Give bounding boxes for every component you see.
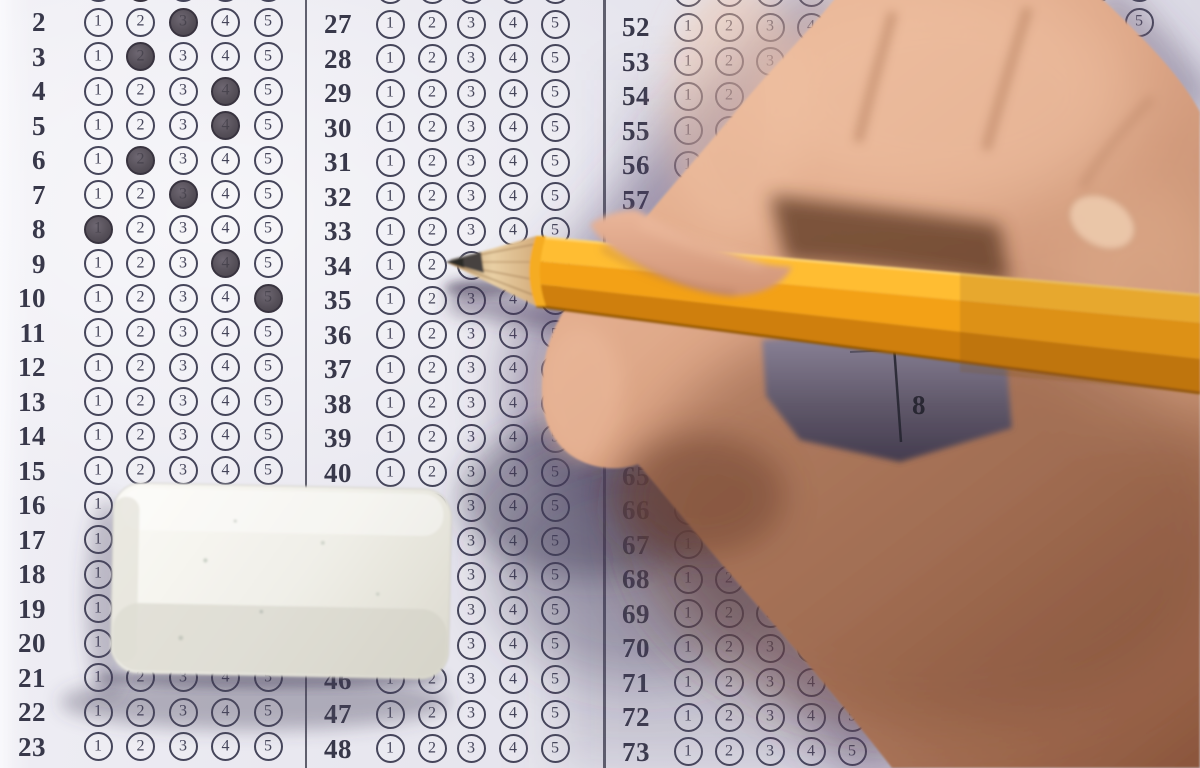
- bubble-digit: 3: [766, 639, 774, 657]
- bubble-digit: 2: [428, 670, 436, 688]
- question-number: 27: [288, 7, 352, 41]
- answer-bubble-option-5: 5: [838, 220, 867, 249]
- answer-bubble-option-5: 5: [838, 392, 867, 421]
- bubble-digit: 5: [264, 220, 272, 238]
- answer-bubble-option-2: 2: [715, 668, 744, 697]
- answer-bubble-option-2: 2: [126, 422, 155, 451]
- answer-bubble-option-5: 5: [838, 185, 867, 214]
- answer-bubble-option-4: 4: [797, 703, 826, 732]
- bubble-digit: 3: [467, 463, 475, 481]
- answer-bubble-option-2: 2: [418, 148, 447, 177]
- bubble-digit: 3: [179, 47, 187, 65]
- question-number: 70: [586, 631, 650, 665]
- bubble-digit: 5: [848, 604, 856, 622]
- bubble-digit: 5: [551, 429, 559, 447]
- answer-bubble-option-2: 2: [418, 389, 447, 418]
- answer-bubble-option-3: 3: [169, 215, 198, 244]
- answer-bubble-option-2: 2: [715, 461, 744, 490]
- bubble-digit: 3: [467, 670, 475, 688]
- bubble-digit: 5: [264, 392, 272, 410]
- question-number: 54: [586, 79, 650, 113]
- bubble-digit: 3: [467, 256, 475, 274]
- bubble-digit: 1: [94, 116, 102, 134]
- bubble-digit: 1: [94, 13, 102, 31]
- answer-bubble-option-5: 5: [254, 353, 283, 382]
- bubble-digit: 4: [222, 289, 230, 307]
- question-number: 56: [586, 148, 650, 182]
- bubble-digit: 3: [766, 604, 774, 622]
- answer-bubble-option-3: 3: [756, 703, 785, 732]
- answer-bubble-option-2: 2: [715, 392, 744, 421]
- bubble-digit: 2: [725, 604, 733, 622]
- answer-bubble-option-2: 2: [715, 185, 744, 214]
- answer-bubble-option-5: 5: [838, 737, 867, 766]
- answer-bubble-option-1: 1: [84, 111, 113, 140]
- answer-bubble-option-4: 4: [211, 387, 240, 416]
- bubble-digit: 1: [386, 187, 394, 205]
- bubble-digit: 1: [386, 325, 394, 343]
- answer-bubble-option-3: 3: [756, 461, 785, 490]
- question-number: 66: [586, 493, 650, 527]
- answer-bubble-option-1: 1: [674, 323, 703, 352]
- bubble-digit: 2: [137, 392, 145, 410]
- answer-bubble-option-5: 5: [254, 663, 283, 692]
- question-number: 68: [586, 562, 650, 596]
- bubble-digit: 1: [684, 121, 692, 139]
- answer-bubble-option-5: 5: [254, 8, 283, 37]
- bubble-digit: 2: [428, 291, 436, 309]
- bubble-digit: 3: [766, 225, 774, 243]
- bubble-digit: 5: [264, 82, 272, 100]
- answer-bubble-option-3: 3: [457, 734, 486, 763]
- bubble-digit: 4: [509, 636, 517, 654]
- bubble-digit: 4: [807, 18, 815, 36]
- bubble-digit: 1: [386, 532, 394, 550]
- question-number: 57: [586, 183, 650, 217]
- question-number: 13: [0, 385, 46, 419]
- bubble-digit: 1: [94, 185, 102, 203]
- bubble-digit: 4: [222, 47, 230, 65]
- bubble-digit: 2: [725, 259, 733, 277]
- bubble-digit: 4: [509, 291, 517, 309]
- bubble-digit: 2: [137, 461, 145, 479]
- answer-bubble-option-3: 3: [756, 565, 785, 594]
- answer-bubble-option-2: 2: [715, 737, 744, 766]
- bubble-digit: 2: [428, 463, 436, 481]
- bubble-digit: 5: [264, 496, 272, 514]
- bubble-digit: 1: [94, 565, 102, 583]
- answer-bubble-option-1: 1: [84, 215, 113, 244]
- answer-bubble-option-2: 2: [715, 496, 744, 525]
- bubble-digit: 4: [222, 530, 230, 548]
- bubble-digit: 4: [222, 220, 230, 238]
- answer-bubble-option-4: 4: [797, 254, 826, 283]
- bubble-digit: 5: [848, 52, 856, 70]
- bubble-digit: 3: [467, 153, 475, 171]
- bubble-digit: 2: [725, 0, 733, 1]
- bubble-digit: 1: [684, 535, 692, 553]
- bubble-digit: 5: [264, 565, 272, 583]
- answer-bubble-option-3: 3: [169, 491, 198, 520]
- answer-bubble-option-1: 1: [84, 456, 113, 485]
- bubble-digit: 4: [807, 0, 815, 1]
- bubble-digit: 5: [264, 254, 272, 272]
- answer-bubble-option-4: 4: [797, 668, 826, 697]
- bubble-digit: 3: [467, 84, 475, 102]
- answer-bubble-option-2: 2: [418, 458, 447, 487]
- answer-bubble-option-5: 5: [541, 631, 570, 660]
- bubble-digit: 2: [428, 222, 436, 240]
- answer-bubble-option-1: 1: [84, 422, 113, 451]
- answer-bubble-option-2: 2: [418, 631, 447, 660]
- answer-bubble-option-2: 2: [126, 629, 155, 658]
- question-number: 46: [288, 663, 352, 697]
- bubble-digit: 5: [551, 636, 559, 654]
- answer-bubble-option-5: 5: [254, 698, 283, 727]
- bubble-digit: 1: [684, 639, 692, 657]
- bubble-digit: 2: [725, 363, 733, 381]
- answer-bubble-option-2: 2: [715, 565, 744, 594]
- bubble-digit: 1: [386, 636, 394, 654]
- answer-bubble-option-4: 4: [797, 599, 826, 628]
- bubble-digit: 4: [807, 259, 815, 277]
- bubble-digit: 5: [264, 599, 272, 617]
- bubble-digit: 3: [179, 461, 187, 479]
- answer-bubble-option-2: 2: [418, 79, 447, 108]
- answer-bubble-option-2: 2: [418, 217, 447, 246]
- answer-bubble-option-4: 4: [211, 629, 240, 658]
- bubble-digit: 1: [94, 461, 102, 479]
- answer-bubble-option-3: 3: [169, 42, 198, 71]
- bubble-digit: 5: [848, 432, 856, 450]
- bubble-digit: 5: [264, 358, 272, 376]
- question-number: 45: [288, 628, 352, 662]
- bubble-digit: 5: [264, 323, 272, 341]
- bubble-digit: 1: [684, 501, 692, 519]
- answer-bubble-option-5: 5: [838, 289, 867, 318]
- answer-bubble-option-5: 5: [541, 113, 570, 142]
- answer-bubble-option-1: 1: [84, 491, 113, 520]
- answer-bubble-option-2: 2: [418, 10, 447, 39]
- photo-answer-sheet: 1234521234531234541234551234561234571234…: [0, 0, 1200, 768]
- answer-bubble-option-4: 4: [499, 286, 528, 315]
- question-number: 8: [0, 212, 46, 246]
- answer-bubble-option-2: 2: [418, 113, 447, 142]
- answer-bubble-option-5: 5: [254, 284, 283, 313]
- answer-bubble-option-5: 5: [541, 527, 570, 556]
- answer-bubble-option-3: 3: [169, 146, 198, 175]
- answer-bubble-option-1: 1: [376, 493, 405, 522]
- bubble-digit: 1: [386, 463, 394, 481]
- answer-bubble-option-2: 2: [715, 599, 744, 628]
- bubble-digit: 5: [551, 601, 559, 619]
- bubble-digit: 1: [386, 222, 394, 240]
- bubble-digit: 5: [551, 463, 559, 481]
- answer-bubble-option-4: 4: [499, 355, 528, 384]
- bubble-digit: 4: [222, 185, 230, 203]
- bubble-digit: 4: [807, 535, 815, 553]
- bubble-digit: 1: [386, 256, 394, 274]
- bubble-digit: 2: [725, 639, 733, 657]
- bubble-digit: 5: [848, 639, 856, 657]
- bubble-digit: 3: [467, 394, 475, 412]
- answer-bubble-option-1: 1: [674, 185, 703, 214]
- bubble-digit: 5: [848, 18, 856, 36]
- answer-bubble-option-2: 2: [715, 116, 744, 145]
- bubble-digit: 4: [509, 498, 517, 516]
- bubble-digit: 4: [509, 84, 517, 102]
- bubble-digit: 3: [467, 705, 475, 723]
- answer-bubble-option-2: 2: [715, 323, 744, 352]
- bubble-digit: 1: [386, 15, 394, 33]
- answer-bubble-option-4: 4: [211, 698, 240, 727]
- bubble-digit: 4: [222, 427, 230, 445]
- bubble-digit: 1: [94, 358, 102, 376]
- bubble-digit: 1: [684, 363, 692, 381]
- answer-bubble-option-2: 2: [418, 424, 447, 453]
- answer-bubble-option-5: 5: [254, 732, 283, 761]
- question-number: 71: [586, 666, 650, 700]
- answer-bubble-option-2: 2: [126, 353, 155, 382]
- bubble-digit: 1: [386, 360, 394, 378]
- answer-bubble-option-4: 4: [211, 180, 240, 209]
- answer-bubble-option-2: 2: [126, 249, 155, 278]
- bubble-digit: 1: [684, 294, 692, 312]
- answer-bubble-option-5: 5: [254, 525, 283, 554]
- answer-bubble-option-3: 3: [756, 358, 785, 387]
- bubble-digit: 5: [848, 742, 856, 760]
- answer-bubble-option-1: 1: [84, 146, 113, 175]
- answer-bubble-option-3: 3: [169, 77, 198, 106]
- answer-bubble-option-3: 3: [169, 180, 198, 209]
- answer-bubble-option-2: 2: [126, 387, 155, 416]
- answer-bubble-option-3: 3: [756, 151, 785, 180]
- bubble-digit: 3: [766, 501, 774, 519]
- question-number: 73: [586, 735, 650, 768]
- answer-bubble-option-3: 3: [169, 456, 198, 485]
- answer-bubble-option-3: 3: [756, 185, 785, 214]
- question-number: 9: [0, 247, 46, 281]
- answer-bubble-option-5: 5: [541, 700, 570, 729]
- bubble-digit: 5: [551, 49, 559, 67]
- answer-bubble-option-2: 2: [126, 284, 155, 313]
- answer-bubble-option-2: 2: [418, 320, 447, 349]
- answer-bubble-option-5: 5: [541, 596, 570, 625]
- bubble-digit: 4: [807, 190, 815, 208]
- bubble-digit: 2: [725, 432, 733, 450]
- bubble-digit: 3: [467, 49, 475, 67]
- question-number: 3: [0, 40, 46, 74]
- answer-bubble-option-5: 5: [254, 249, 283, 278]
- question-number: 52: [586, 10, 650, 44]
- bubble-digit: 5: [551, 187, 559, 205]
- bubble-digit: 4: [222, 151, 230, 169]
- bubble-digit: 5: [848, 397, 856, 415]
- question-number: 34: [288, 249, 352, 283]
- bubble-digit: 3: [766, 0, 774, 1]
- bubble-digit: 3: [179, 530, 187, 548]
- bubble-digit: 3: [179, 82, 187, 100]
- bubble-digit: 5: [848, 294, 856, 312]
- bubble-digit: 1: [386, 291, 394, 309]
- question-number: 2: [0, 5, 46, 39]
- bubble-digit: 3: [467, 118, 475, 136]
- bubble-digit: 3: [766, 87, 774, 105]
- bubble-digit: 2: [137, 220, 145, 238]
- answer-bubble-option-4: 4: [797, 116, 826, 145]
- answer-bubble-option-1: 1: [376, 79, 405, 108]
- bubble-digit: 2: [428, 15, 436, 33]
- bubble-digit: 5: [848, 259, 856, 277]
- bubble-digit: 3: [766, 708, 774, 726]
- question-number: 32: [288, 180, 352, 214]
- answer-bubble-option-1: 1: [376, 389, 405, 418]
- answer-bubble-option-2: 2: [418, 562, 447, 591]
- answer-bubble-option-4: 4: [499, 596, 528, 625]
- bubble-digit: 3: [179, 13, 187, 31]
- question-number: 42: [288, 525, 352, 559]
- answer-bubble-option-4: 4: [499, 251, 528, 280]
- answer-bubble-option-3: 3: [169, 353, 198, 382]
- question-number: 59: [586, 252, 650, 286]
- bubble-digit: 3: [766, 432, 774, 450]
- answer-bubble-option-5: 5: [541, 182, 570, 211]
- bubble-digit: 3: [179, 220, 187, 238]
- question-number: 67: [586, 528, 650, 562]
- answer-bubble-option-4: 4: [797, 427, 826, 456]
- bubble-digit: 3: [766, 535, 774, 553]
- answer-bubble-option-4: 4: [797, 461, 826, 490]
- bubble-digit: 4: [509, 153, 517, 171]
- bubble-digit: 2: [428, 256, 436, 274]
- question-number: 44: [288, 594, 352, 628]
- answer-bubble-option-5: 5: [254, 629, 283, 658]
- bubble-digit: 1: [684, 397, 692, 415]
- answer-bubble-option-4: 4: [499, 44, 528, 73]
- answer-bubble-option-4: 4: [211, 249, 240, 278]
- answer-bubble-option-2: 2: [418, 596, 447, 625]
- bubble-digit: 1: [684, 225, 692, 243]
- bubble-digit: 5: [551, 739, 559, 757]
- bubble-digit: 1: [94, 392, 102, 410]
- bubble-digit: 3: [179, 254, 187, 272]
- answer-bubble-option-4: 4: [797, 13, 826, 42]
- answer-bubble-option-3: 3: [756, 634, 785, 663]
- answer-bubble-option-5: 5: [541, 665, 570, 694]
- answer-bubble-option-5: 5: [254, 111, 283, 140]
- answer-bubble-option-1: 1: [674, 82, 703, 111]
- bubble-digit: 5: [551, 118, 559, 136]
- answer-bubble-option-4: 4: [499, 527, 528, 556]
- bubble-digit: 2: [137, 254, 145, 272]
- answer-bubble-option-5: 5: [838, 323, 867, 352]
- answer-bubble-option-3: 3: [756, 254, 785, 283]
- answer-bubble-option-5: 5: [838, 116, 867, 145]
- answer-bubble-option-5: 5: [1125, 8, 1154, 37]
- answer-bubble-option-3: 3: [457, 527, 486, 556]
- bubble-digit: 3: [179, 289, 187, 307]
- answer-bubble-option-2: 2: [418, 527, 447, 556]
- answer-bubble-option-1: 1: [84, 525, 113, 554]
- question-number: 60: [586, 286, 650, 320]
- bubble-digit: 5: [551, 15, 559, 33]
- bubble-digit: 4: [807, 363, 815, 381]
- answer-bubble-option-5: 5: [541, 734, 570, 763]
- bubble-digit: 3: [467, 187, 475, 205]
- answer-bubble-option-3: 3: [169, 525, 198, 554]
- bubble-digit: 1: [94, 220, 102, 238]
- question-number: 53: [586, 45, 650, 79]
- bubble-digit: 3: [179, 116, 187, 134]
- bubble-digit: 5: [848, 121, 856, 139]
- question-number: 65: [586, 459, 650, 493]
- answer-bubble-option-4: 4: [211, 77, 240, 106]
- question-number: 28: [288, 42, 352, 76]
- answer-bubble-option-5: 5: [254, 215, 283, 244]
- question-number: 72: [586, 700, 650, 734]
- bubble-digit: 3: [179, 427, 187, 445]
- question-number: 55: [586, 114, 650, 148]
- answer-bubble-option-1: 1: [674, 599, 703, 628]
- answer-bubble-option-1: 1: [674, 47, 703, 76]
- answer-bubble-option-4: 4: [499, 79, 528, 108]
- answer-bubble-option-5: 5: [838, 496, 867, 525]
- bubble-digit: 5: [551, 256, 559, 274]
- bubble-digit: 5: [551, 360, 559, 378]
- bubble-digit: 2: [137, 668, 145, 686]
- answer-bubble-option-3: 3: [457, 320, 486, 349]
- question-number: 23: [0, 730, 46, 764]
- answer-bubble-option-1: 1: [674, 668, 703, 697]
- answer-bubble-option-3: 3: [169, 422, 198, 451]
- question-number: 33: [288, 214, 352, 248]
- bubble-digit: 1: [684, 570, 692, 588]
- bubble-digit: 4: [807, 156, 815, 174]
- answer-bubble-option-5: 5: [541, 10, 570, 39]
- bubble-digit: 2: [428, 394, 436, 412]
- question-number: 17: [0, 523, 46, 557]
- answer-bubble-option-5: 5: [254, 77, 283, 106]
- answer-bubble-option-5: 5: [838, 634, 867, 663]
- answer-bubble-option-1: 1: [84, 732, 113, 761]
- answer-bubble-option-2: 2: [126, 8, 155, 37]
- answer-bubble-option-4: 4: [797, 737, 826, 766]
- answer-bubble-option-2: 2: [418, 182, 447, 211]
- answer-bubble-option-2: 2: [126, 77, 155, 106]
- answer-bubble-option-3: 3: [457, 286, 486, 315]
- bubble-digit: 2: [428, 601, 436, 619]
- bubble-digit: 3: [467, 532, 475, 550]
- answer-bubble-option-2: 2: [418, 493, 447, 522]
- answer-bubble-option-4: 4: [211, 8, 240, 37]
- answer-bubble-option-2: 2: [715, 82, 744, 111]
- answer-bubble-option-5: 5: [838, 358, 867, 387]
- answer-bubble-option-1: 1: [376, 44, 405, 73]
- answer-bubble-option-3: 3: [457, 458, 486, 487]
- bubble-digit: 2: [428, 567, 436, 585]
- bubble-digit: 4: [509, 394, 517, 412]
- answer-bubble-option-1: 1: [376, 424, 405, 453]
- bubble-digit: 2: [137, 496, 145, 514]
- answer-bubble-option-3: 3: [756, 668, 785, 697]
- bubble-digit: 2: [725, 225, 733, 243]
- answer-bubble-option-5: 5: [838, 668, 867, 697]
- bubble-digit: 3: [179, 634, 187, 652]
- bubble-digit: 1: [684, 604, 692, 622]
- bubble-digit: 1: [386, 429, 394, 447]
- answer-bubble-option-3: 3: [756, 737, 785, 766]
- question-number: 31: [288, 145, 352, 179]
